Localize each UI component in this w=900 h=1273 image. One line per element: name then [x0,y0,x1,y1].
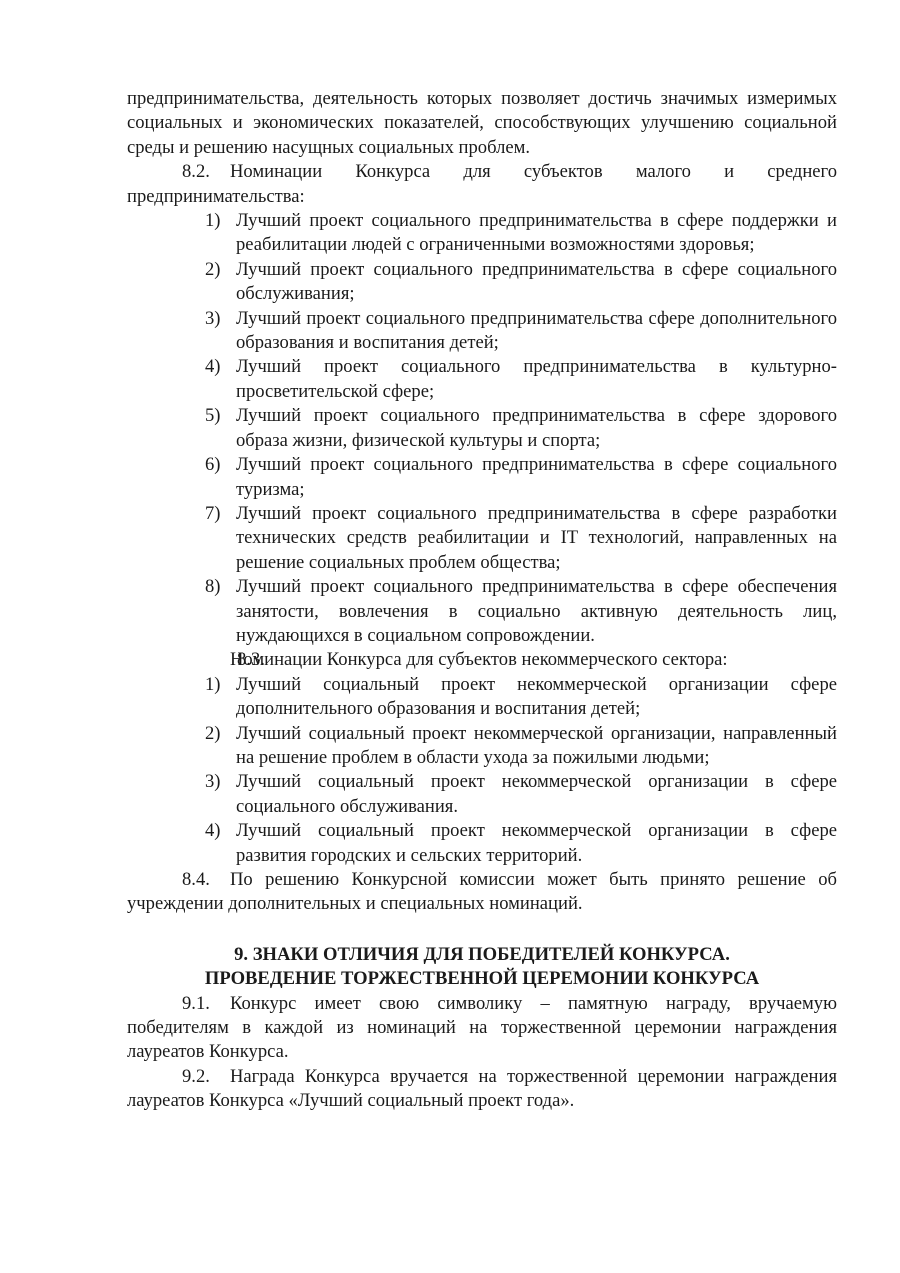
list-item: 7)Лучший проект социального предпринимат… [127,502,837,575]
list-item-text: Лучший проект социального предпринимател… [236,503,837,573]
list-item-number: 5) [205,404,221,428]
section-9-2-paragraph: 9.2.Награда Конкурса вручается на торжес… [127,1065,837,1114]
list-item: 3)Лучший социальный проект некоммерческо… [127,770,837,819]
list-item-number: 2) [205,722,221,746]
list-item-text: Лучший социальный проект некоммерческой … [236,674,837,719]
list-item-number: 3) [205,770,221,794]
section-number: 8.2. [182,160,230,184]
list-item: 3)Лучший проект социального предпринимат… [127,307,837,356]
section-number: 8.3. [182,648,230,672]
list-item-text: Лучший проект социального предпринимател… [236,210,837,255]
list-item: 2)Лучший проект социального предпринимат… [127,258,837,307]
list-item-number: 3) [205,307,221,331]
section-text: По решению Конкурсной комиссии может быт… [127,869,837,914]
list-item-text: Лучший социальный проект некоммерческой … [236,771,837,816]
list-item-text: Лучший проект социального предпринимател… [236,356,837,401]
list-item-number: 1) [205,209,221,233]
list-item: 1)Лучший социальный проект некоммерческо… [127,673,837,722]
list-item-text: Лучший проект социального предпринимател… [236,454,837,499]
section-number: 9.1. [182,992,230,1016]
section-text: Конкурс имеет свою символику – памятную … [127,993,837,1063]
section-text: Номинации Конкурса для субъектов малого … [127,161,837,206]
list-item-number: 7) [205,502,221,526]
sme-nominations-list: 1)Лучший проект социального предпринимат… [127,209,837,648]
list-item-text: Лучший проект социального предпринимател… [236,576,837,646]
section-number: 8.4. [182,868,230,892]
list-item-text: Лучший проект социального предпринимател… [236,259,837,304]
section-number: 9.2. [182,1065,230,1089]
section-text: Награда Конкурса вручается на торжествен… [127,1066,837,1111]
list-item-number: 8) [205,575,221,599]
section-9-1-paragraph: 9.1.Конкурс имеет свою символику – памят… [127,992,837,1065]
list-item-number: 2) [205,258,221,282]
heading-line-1: 9. ЗНАКИ ОТЛИЧИЯ ДЛЯ ПОБЕДИТЕЛЕЙ КОНКУРС… [127,943,837,967]
list-item: 6)Лучший проект социального предпринимат… [127,453,837,502]
list-item: 5)Лучший проект социального предпринимат… [127,404,837,453]
list-item-text: Лучший социальный проект некоммерческой … [236,820,837,865]
section-text: Номинации Конкурса для субъектов некомме… [230,649,728,670]
list-item: 4)Лучший социальный проект некоммерческо… [127,819,837,868]
heading-line-2: ПРОВЕДЕНИЕ ТОРЖЕСТВЕННОЙ ЦЕРЕМОНИИ КОНКУ… [127,967,837,991]
list-item-text: Лучший проект социального предпринимател… [236,405,837,450]
list-item-number: 1) [205,673,221,697]
list-item-text: Лучший проект социального предпринимател… [236,308,837,353]
list-item-number: 4) [205,355,221,379]
list-item: 2)Лучший социальный проект некоммерческо… [127,722,837,771]
nko-nominations-list: 1)Лучший социальный проект некоммерческо… [127,673,837,868]
list-item-number: 6) [205,453,221,477]
list-item-number: 4) [205,819,221,843]
section-9-heading: 9. ЗНАКИ ОТЛИЧИЯ ДЛЯ ПОБЕДИТЕЛЕЙ КОНКУРС… [127,943,837,992]
list-item-text: Лучший социальный проект некоммерческой … [236,723,837,768]
section-8-3-paragraph: 8.3.Номинации Конкурса для субъектов нек… [127,648,837,672]
section-8-4-paragraph: 8.4.По решению Конкурсной комиссии может… [127,868,837,917]
list-item: 8)Лучший проект социального предпринимат… [127,575,837,648]
list-item: 4)Лучший проект социального предпринимат… [127,355,837,404]
section-8-2-paragraph: 8.2.Номинации Конкурса для субъектов мал… [127,160,837,209]
document-page: предпринимательства, деятельность которы… [127,87,837,1114]
list-item: 1)Лучший проект социального предпринимат… [127,209,837,258]
intro-paragraph: предпринимательства, деятельность которы… [127,87,837,160]
